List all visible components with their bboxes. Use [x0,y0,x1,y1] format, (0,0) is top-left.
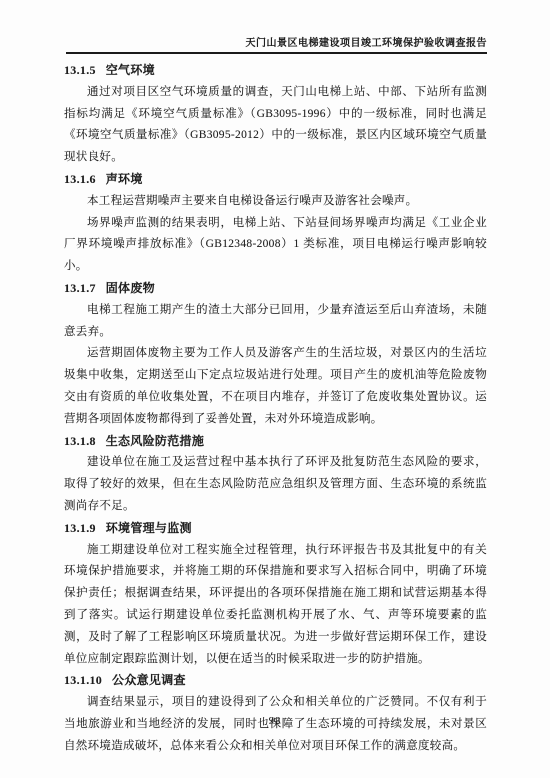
section-heading-13-1-9: 13.1.9 环境管理与监测 [64,518,487,540]
section-number: 13.1.5 [64,63,96,77]
section-number: 13.1.10 [64,673,102,687]
header-title: 天门山景区电梯建设项目竣工环境保护验收调查报告 [246,38,488,49]
paragraph: 本工程运营期噪声主要来自电梯设备运行噪声及游客社会噪声。 [64,191,487,213]
paragraph: 施工期建设单位对工程实施全过程管理，执行环评报告书及其批复中的有关环境保护措施要… [64,540,487,671]
page-number-value: 98 [269,716,282,727]
section-heading-13-1-7: 13.1.7 固体废物 [64,278,487,300]
paragraph: 通过对项目区空气环境质量的调查，天门山电梯上站、中部、下站所有监测指标均满足《环… [64,82,487,169]
document-page: 天门山景区电梯建设项目竣工环境保护验收调查报告 13.1.5 空气环境 通过对项… [0,0,550,778]
section-number: 13.1.9 [64,521,96,535]
paragraph: 运营期固体废物主要为工作人员及游客产生的生活垃圾，对景区内的生活垃圾集中收集，定… [64,343,487,430]
document-body: 13.1.5 空气环境 通过对项目区空气环境质量的调查，天门山电梯上站、中部、下… [64,54,487,758]
section-title: 声环境 [106,172,143,186]
section-number: 13.1.6 [64,172,96,186]
section-heading-13-1-6: 13.1.6 声环境 [64,169,487,191]
page-number: 98 [0,716,550,727]
section-title: 固体废物 [106,281,155,295]
section-title: 公众意见调查 [112,673,186,687]
section-heading-13-1-8: 13.1.8 生态风险防范措施 [64,431,487,453]
section-number: 13.1.7 [64,281,96,295]
paragraph: 建设单位在施工及运营过程中基本执行了环评及批复防范生态风险的要求，取得了较好的效… [64,452,487,517]
paragraph: 电梯工程施工期产生的渣土大部分已回用，少量弃渣运至后山弃渣场，未随意丢弃。 [64,300,487,344]
paragraph: 场界噪声监测的结果表明，电梯上站、下站昼间场界噪声均满足《工业企业厂界环境噪声排… [64,213,487,278]
section-heading-13-1-5: 13.1.5 空气环境 [64,60,487,82]
page-header: 天门山景区电梯建设项目竣工环境保护验收调查报告 [66,0,487,54]
section-title: 环境管理与监测 [106,521,192,535]
section-title: 生态风险防范措施 [106,434,204,448]
section-number: 13.1.8 [64,434,96,448]
section-title: 空气环境 [106,63,155,77]
section-heading-13-1-10: 13.1.10 公众意见调查 [64,670,487,692]
